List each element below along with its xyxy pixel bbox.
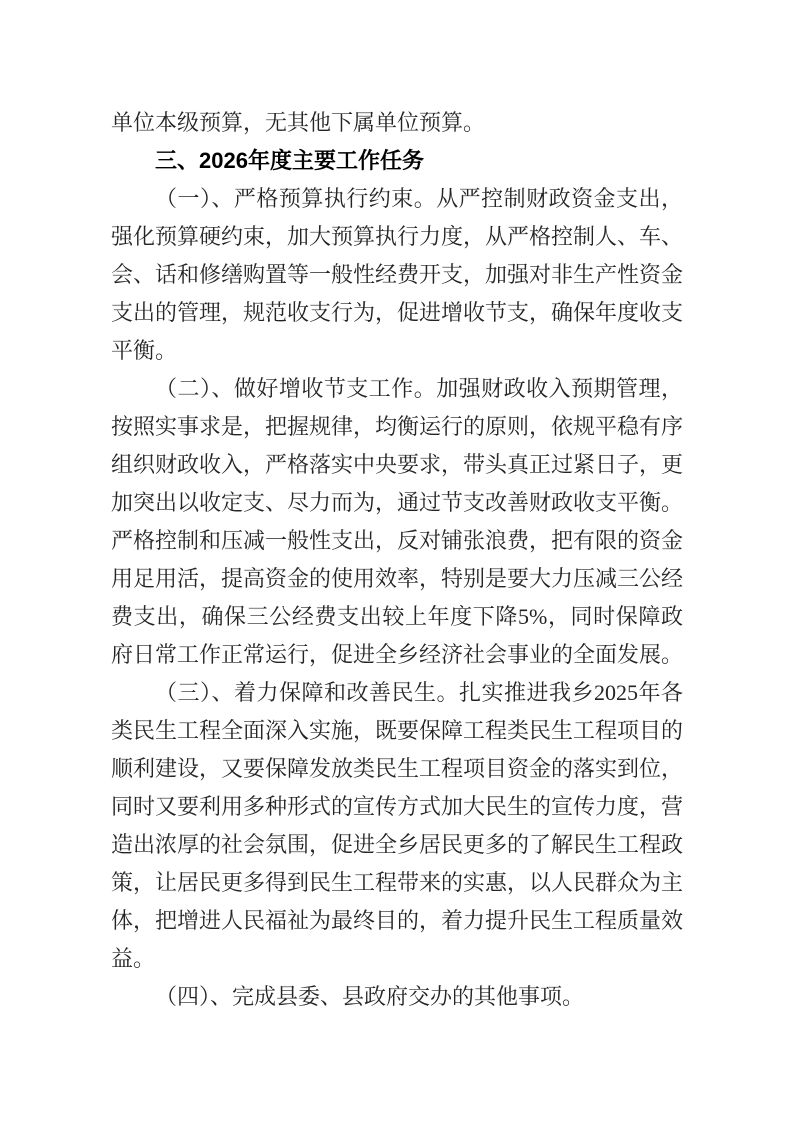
paragraph-item-3: （三）、着力保障和改善民生。扎实推进我乡2025年各类民生工程全面深入实施，既要… [111,674,683,978]
paragraph-item-2: （二）、做好增收节支工作。加强财政收入预期管理，按照实事求是，把握规律，均衡运行… [111,370,683,674]
paragraph-item-1: （一）、严格预算执行约束。从严控制财政资金支出，强化预算硬约束，加大预算执行力度… [111,180,683,370]
section-heading: 三、2026年度主要工作任务 [111,142,683,180]
document-content: 单位本级预算，无其他下属单位预算。 三、2026年度主要工作任务 （一）、严格预… [111,104,683,1016]
document-page: 单位本级预算，无其他下属单位预算。 三、2026年度主要工作任务 （一）、严格预… [0,0,793,1122]
paragraph-item-4: （四）、完成县委、县政府交办的其他事项。 [111,978,683,1016]
paragraph-continuation: 单位本级预算，无其他下属单位预算。 [111,104,683,142]
